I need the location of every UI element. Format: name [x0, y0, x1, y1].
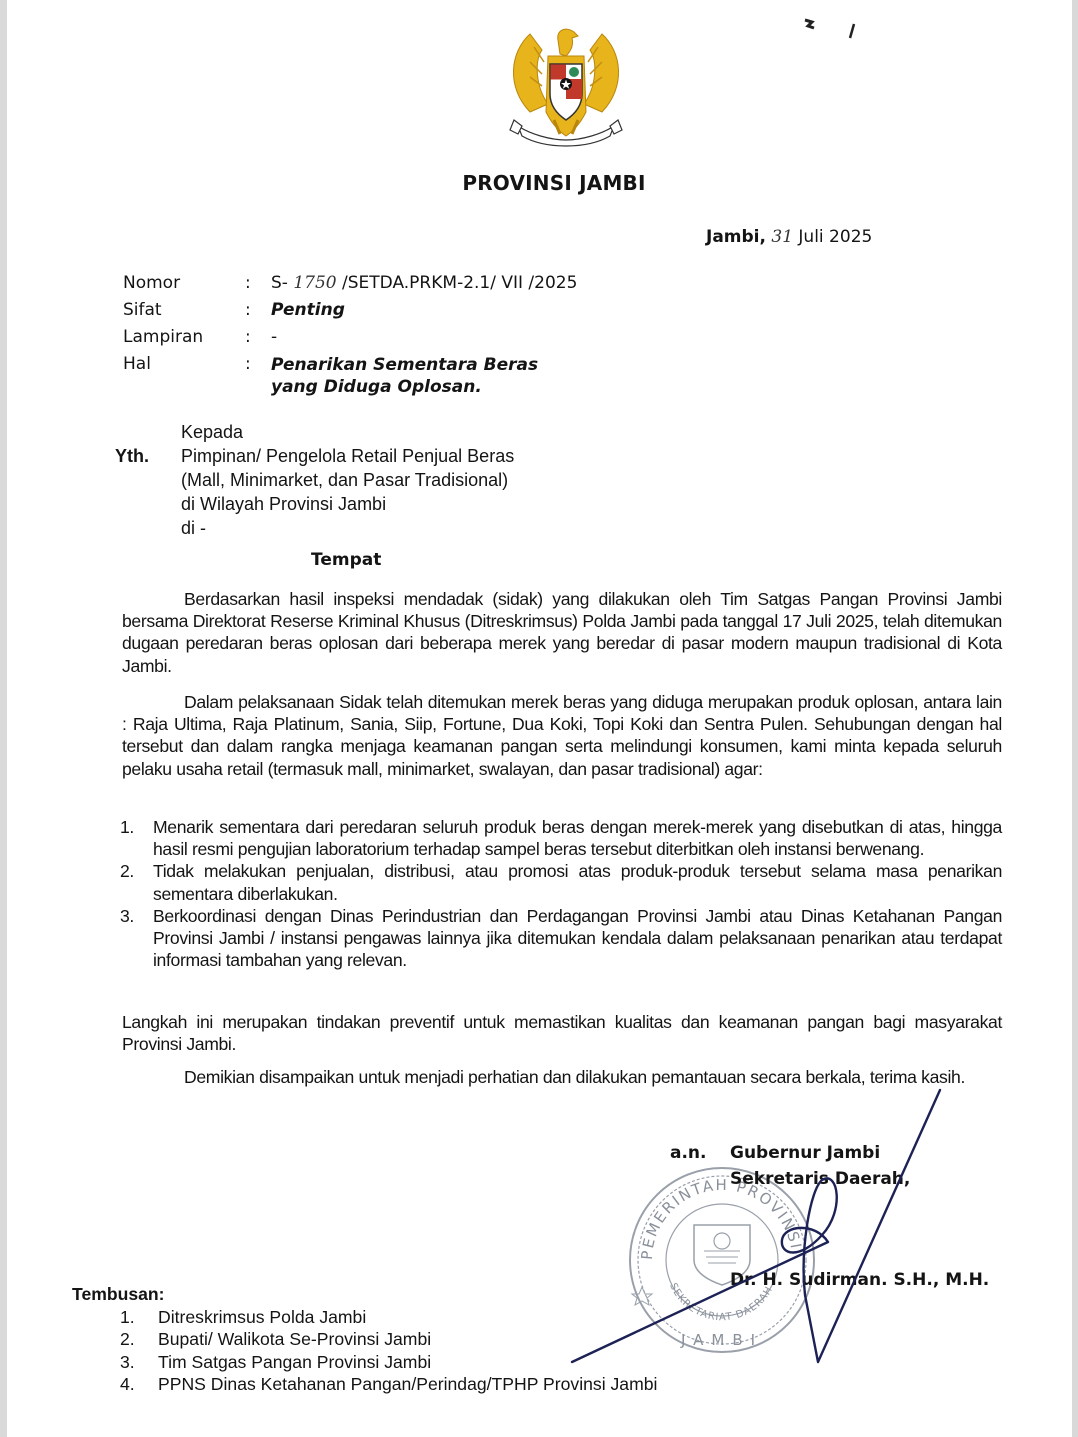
meta-value: Penarikan Sementara Beras yang Diduga Op…: [271, 351, 538, 398]
cc-number: 3.: [120, 1351, 158, 1374]
meta-key: Sifat: [123, 297, 245, 324]
date-day-handwritten: 31: [771, 227, 793, 247]
cc-text: PPNS Dinas Ketahanan Pangan/Perindag/TPH…: [158, 1373, 657, 1396]
cc-text: Tim Satgas Pangan Provinsi Jambi: [158, 1351, 431, 1374]
list-text: Tidak melakukan penjualan, distribusi, a…: [153, 860, 1002, 904]
address-line: Pimpinan/ Pengelola Retail Penjual Beras: [181, 444, 514, 468]
tempat-label: Tempat: [311, 548, 514, 572]
list-number: 3.: [120, 905, 153, 972]
list-number: 2.: [120, 860, 153, 904]
body-paragraph-3: Langkah ini merupakan tindakan preventif…: [122, 1011, 1002, 1055]
nomor-prefix: S-: [271, 273, 288, 293]
cc-number: 1.: [120, 1306, 158, 1329]
meta-value: -: [271, 324, 277, 351]
page-edge-left: [0, 0, 7, 1437]
paragraph-text: Langkah ini merupakan tindakan preventif…: [122, 1011, 1002, 1055]
meta-sep: :: [245, 270, 271, 297]
nomor-suffix: /SETDA.PRKM-2.1/ VII /2025: [342, 273, 577, 293]
meta-row-sifat: Sifat : Penting: [123, 297, 577, 324]
request-list: 1. Menarik sementara dari peredaran selu…: [120, 816, 1002, 971]
letter-meta: Nomor : S- 1750 /SETDA.PRKM-2.1/ VII /20…: [123, 270, 577, 398]
tembusan-item: 3.Tim Satgas Pangan Provinsi Jambi: [120, 1351, 657, 1374]
hal-line: yang Diduga Oplosan.: [271, 377, 482, 397]
date-month-year: Juli 2025: [798, 227, 872, 247]
paragraph-text: Berdasarkan hasil inspeksi mendadak (sid…: [122, 588, 1002, 677]
list-item: 2. Tidak melakukan penjualan, distribusi…: [120, 860, 1002, 904]
tembusan-item: 4.PPNS Dinas Ketahanan Pangan/Perindag/T…: [120, 1373, 657, 1396]
date-city: Jambi,: [706, 227, 766, 247]
list-item: 3. Berkoordinasi dengan Dinas Perindustr…: [120, 905, 1002, 972]
address-lines: Kepada Pimpinan/ Pengelola Retail Penjua…: [181, 420, 514, 572]
paragraph-text: Dalam pelaksanaan Sidak telah ditemukan …: [122, 691, 1002, 780]
page-edge-right: [1072, 0, 1078, 1437]
body-paragraph-2: Dalam pelaksanaan Sidak telah ditemukan …: [122, 691, 1002, 780]
meta-value: S- 1750 /SETDA.PRKM-2.1/ VII /2025: [271, 270, 577, 297]
body-paragraph-1: Berdasarkan hasil inspeksi mendadak (sid…: [122, 588, 1002, 677]
meta-row-lampiran: Lampiran : -: [123, 324, 577, 351]
list-text: Berkoordinasi dengan Dinas Perindustrian…: [153, 905, 1002, 972]
province-title: PROVINSI JAMBI: [0, 171, 1078, 195]
cc-number: 4.: [120, 1373, 158, 1396]
tembusan-item: 2.Bupati/ Walikota Se-Provinsi Jambi: [120, 1328, 657, 1351]
meta-key: Lampiran: [123, 324, 245, 351]
list-item: 1. Menarik sementara dari peredaran selu…: [120, 816, 1002, 860]
hal-line: Penarikan Sementara Beras: [271, 355, 538, 375]
meta-value: Penting: [271, 297, 345, 324]
tembusan-item: 1.Ditreskrimsus Polda Jambi: [120, 1306, 657, 1329]
recipient-address: Yth. Kepada Pimpinan/ Pengelola Retail P…: [115, 420, 514, 572]
garuda-emblem-icon: [500, 12, 632, 150]
letter-date: Jambi, 31 Juli 2025: [706, 227, 872, 247]
cc-text: Bupati/ Walikota Se-Provinsi Jambi: [158, 1328, 431, 1351]
meta-sep: :: [245, 324, 271, 351]
meta-key: Nomor: [123, 270, 245, 297]
tembusan-title: Tembusan:: [72, 1283, 657, 1306]
meta-sep: :: [245, 297, 271, 324]
handwritten-mark-icon: [800, 14, 870, 44]
meta-row-nomor: Nomor : S- 1750 /SETDA.PRKM-2.1/ VII /20…: [123, 270, 577, 297]
tembusan-section: Tembusan: 1.Ditreskrimsus Polda Jambi 2.…: [72, 1283, 657, 1396]
list-text: Menarik sementara dari peredaran seluruh…: [153, 816, 1002, 860]
meta-row-hal: Hal : Penarikan Sementara Beras yang Did…: [123, 351, 577, 398]
address-line: di -: [181, 516, 514, 540]
kepada-label: Kepada: [181, 420, 514, 444]
address-line: di Wilayah Provinsi Jambi: [181, 492, 514, 516]
address-line: (Mall, Minimarket, dan Pasar Tradisional…: [181, 468, 514, 492]
meta-sep: :: [245, 351, 271, 398]
nomor-handwritten: 1750: [293, 273, 336, 293]
list-number: 1.: [120, 816, 153, 860]
cc-number: 2.: [120, 1328, 158, 1351]
yth-label: Yth.: [115, 444, 149, 468]
meta-key: Hal: [123, 351, 245, 398]
cc-text: Ditreskrimsus Polda Jambi: [158, 1306, 366, 1329]
